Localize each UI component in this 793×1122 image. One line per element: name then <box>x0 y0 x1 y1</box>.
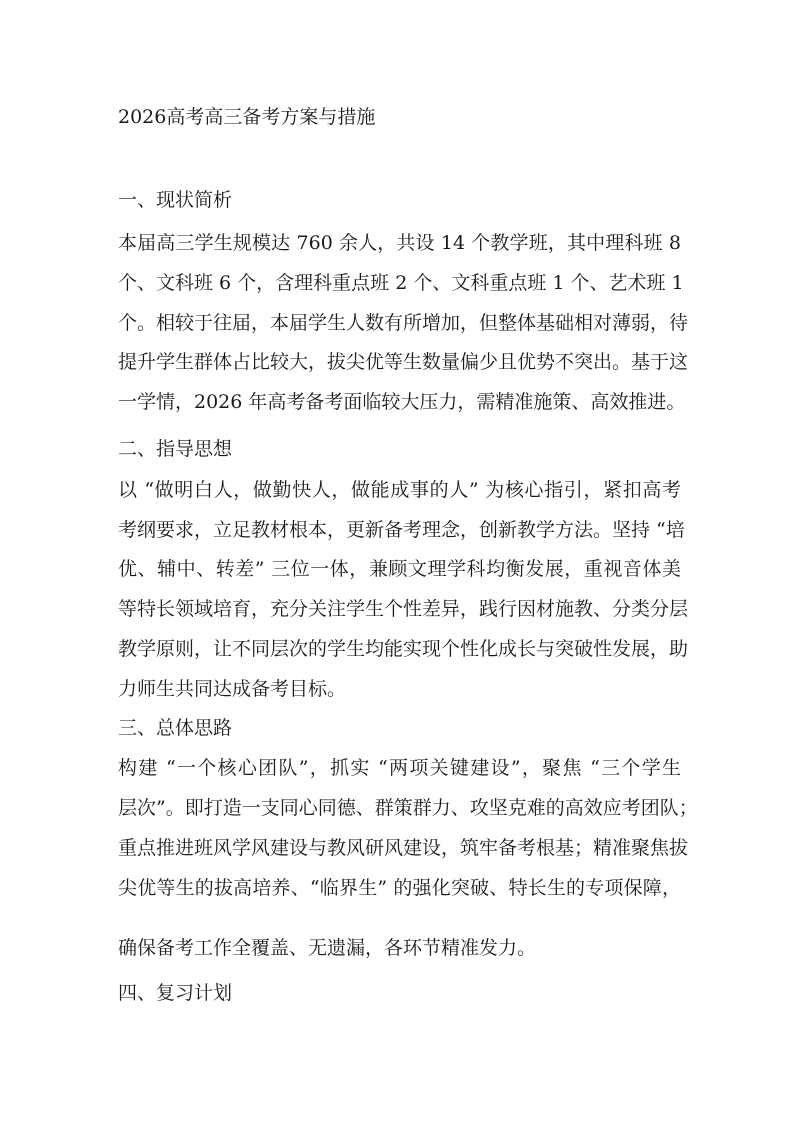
paragraph-line: 教学原则，让不同层次的学生均能实现个性化成长与突破性发展，助 <box>118 636 681 662</box>
paragraph-line: 本届高三学生规模达 760 余人，共设 14 个教学班，其中理科班 8 <box>118 230 681 256</box>
section-heading-3: 三、总体思路 <box>118 715 681 741</box>
paragraph-line: 确保备考工作全覆盖、无遗漏，各环节精准发力。 <box>118 935 681 961</box>
paragraph-line: 层次”。即打造一支同心同德、群策群力、攻坚克难的高效应考团队； <box>118 795 681 821</box>
paragraph-line: 提升学生群体占比较大，拔尖优等生数量偏少且优势不突出。基于这 <box>118 349 681 375</box>
paragraph-line: 构建 “一个核心团队”，抓实 “两项关键建设”，聚焦 “三个学生 <box>118 755 681 781</box>
section-heading-2: 二、指导思想 <box>118 436 681 462</box>
paragraph-line: 力师生共同达成备考目标。 <box>118 676 681 702</box>
paragraph-line: 考纲要求，立足教材根本，更新备考理念，创新教学方法。坚持 “培 <box>118 517 681 543</box>
paragraph-line: 个。相较于往届，本届学生人数有所增加，但整体基础相对薄弱，待 <box>118 310 681 336</box>
document-title: 2026高考高三备考方案与措施 <box>118 104 681 130</box>
paragraph-line: 等特长领域培育，充分关注学生个性差异，践行因材施教、分类分层 <box>118 596 681 622</box>
paragraph-line: 尖优等生的拔高培养、“临界生” 的强化突破、特长生的专项保障， <box>118 875 681 901</box>
paragraph-line: 重点推进班风学风建设与教风研风建设，筑牢备考根基；精准聚焦拔 <box>118 835 681 861</box>
paragraph-line: 以 “做明白人，做勤快人，做能成事的人” 为核心指引，紧扣高考 <box>118 477 681 503</box>
paragraph-line: 优、辅中、转差” 三位一体，兼顾文理学科均衡发展，重视音体美 <box>118 556 681 582</box>
document-page: 2026高考高三备考方案与措施 一、现状简析 本届高三学生规模达 760 余人，… <box>0 0 793 1122</box>
section-heading-4: 四、复习计划 <box>118 980 681 1006</box>
section-heading-1: 一、现状简析 <box>118 187 681 213</box>
paragraph-line: 个、文科班 6 个，含理科重点班 2 个、文科重点班 1 个、艺术班 1 <box>118 270 681 296</box>
paragraph-line: 一学情，2026 年高考备考面临较大压力，需精准施策、高效推进。 <box>118 389 681 415</box>
